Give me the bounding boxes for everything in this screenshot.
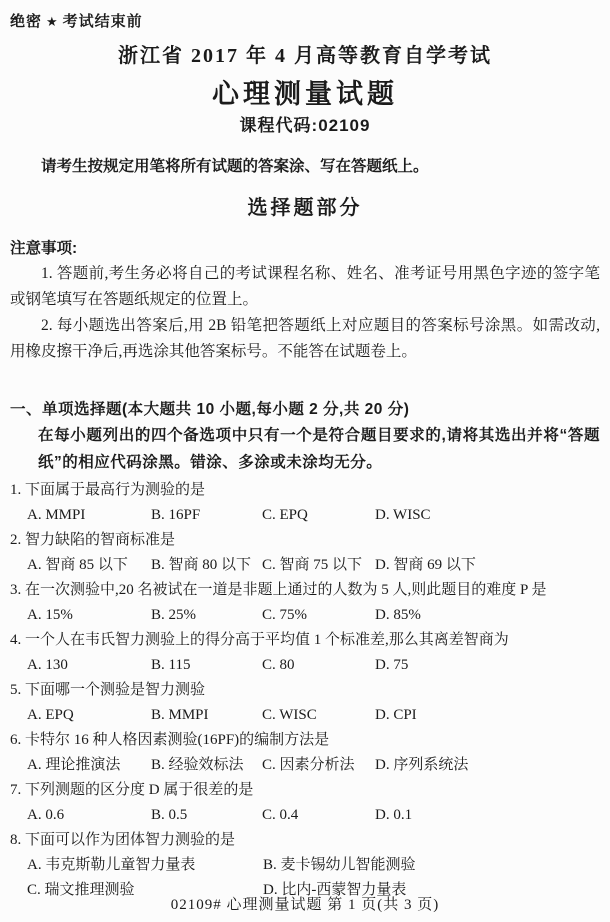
note-item-2: 2. 每小题选出答案后,用 2B 铅笔把答题纸上对应题目的答案标号涂黑。如需改动… [10, 313, 600, 365]
question: 5. 下面哪一个测验是智力测验A. EPQB. MMPIC. WISCD. CP… [10, 678, 600, 728]
section-title: 选择题部分 [10, 193, 600, 223]
option: B. 0.5 [151, 803, 262, 828]
option: A. 智商 85 以下 [27, 553, 151, 578]
option-row: A. 理论推演法B. 经验效标法C. 因素分析法D. 序列系统法 [10, 753, 600, 778]
security-header: 绝密★考试结束前 [10, 10, 600, 31]
page-footer: 02109# 心理测量试题 第 1 页(共 3 页) [0, 893, 610, 914]
option: C. 因素分析法 [262, 753, 375, 778]
note-item-1: 1. 答题前,考生务必将自己的考试课程名称、姓名、准考证号用黑色字迹的签字笔或钢… [10, 261, 600, 313]
notes-heading: 注意事项: [10, 237, 600, 261]
option: A. 15% [27, 603, 151, 628]
option: B. 115 [151, 653, 262, 678]
general-instruction: 请考生按规定用笔将所有试题的答案涂、写在答题纸上。 [10, 155, 600, 179]
option-row: A. 130B. 115C. 80D. 75 [10, 653, 600, 678]
option-row: A. EPQB. MMPIC. WISCD. CPI [10, 703, 600, 728]
option: A. 130 [27, 653, 151, 678]
option: C. 0.4 [262, 803, 375, 828]
option: C. 75% [262, 603, 375, 628]
question-text: 6. 卡特尔 16 种人格因素测验(16PF)的编制方法是 [10, 728, 600, 753]
option: D. 75 [375, 653, 600, 678]
option: B. MMPI [151, 703, 262, 728]
option: C. 80 [262, 653, 375, 678]
option: D. 智商 69 以下 [375, 553, 600, 578]
course-code: 课程代码:02109 [10, 115, 600, 137]
option: C. WISC [262, 703, 375, 728]
timing-note: 考试结束前 [63, 13, 143, 30]
question-text: 8. 下面可以作为团体智力测验的是 [10, 828, 600, 853]
question-text: 7. 下列测题的区分度 D 属于很差的是 [10, 778, 600, 803]
exam-session-title: 浙江省 2017 年 4 月高等教育自学考试 [10, 43, 600, 69]
option: D. 85% [375, 603, 600, 628]
option: B. 智商 80 以下 [151, 553, 262, 578]
questions: 1. 下面属于最高行为测验的是A. MMPIB. 16PFC. EPQD. WI… [10, 478, 600, 903]
option: D. WISC [375, 503, 600, 528]
option: D. 序列系统法 [375, 753, 600, 778]
question: 1. 下面属于最高行为测验的是A. MMPIB. 16PFC. EPQD. WI… [10, 478, 600, 528]
option: A. MMPI [27, 503, 151, 528]
option-row: A. 智商 85 以下B. 智商 80 以下C. 智商 75 以下D. 智商 6… [10, 553, 600, 578]
option: C. 智商 75 以下 [262, 553, 375, 578]
option-row: A. 0.6B. 0.5C. 0.4D. 0.1 [10, 803, 600, 828]
question: 4. 一个人在韦氏智力测验上的得分高于平均值 1 个标准差,那么其离差智商为A.… [10, 628, 600, 678]
option-row: A. 15%B. 25%C. 75%D. 85% [10, 603, 600, 628]
question-text: 5. 下面哪一个测验是智力测验 [10, 678, 600, 703]
question: 8. 下面可以作为团体智力测验的是A. 韦克斯勒儿童智力量表B. 麦卡锡幼儿智能… [10, 828, 600, 903]
option: A. EPQ [27, 703, 151, 728]
option: D. 0.1 [375, 803, 600, 828]
option: D. CPI [375, 703, 600, 728]
classification-label: 绝密 [10, 13, 42, 30]
option: B. 25% [151, 603, 262, 628]
question-text: 3. 在一次测验中,20 名被试在一道是非题上通过的人数为 5 人,则此题目的难… [10, 578, 600, 603]
star-icon: ★ [42, 14, 63, 29]
question: 3. 在一次测验中,20 名被试在一道是非题上通过的人数为 5 人,则此题目的难… [10, 578, 600, 628]
question-text: 1. 下面属于最高行为测验的是 [10, 478, 600, 503]
exam-paper-page: 绝密★考试结束前 浙江省 2017 年 4 月高等教育自学考试 心理测量试题 课… [0, 0, 610, 922]
option: B. 16PF [151, 503, 262, 528]
part1-intro: 在每小题列出的四个备选项中只有一个是符合题目要求的,请将其选出并将“答题纸”的相… [10, 422, 600, 476]
option: A. 0.6 [27, 803, 151, 828]
exam-subject-title: 心理测量试题 [10, 77, 600, 111]
question: 6. 卡特尔 16 种人格因素测验(16PF)的编制方法是A. 理论推演法B. … [10, 728, 600, 778]
part1-heading: 一、单项选择题(本大题共 10 小题,每小题 2 分,共 20 分) [10, 397, 600, 422]
option: A. 理论推演法 [27, 753, 151, 778]
option: C. EPQ [262, 503, 375, 528]
option: A. 韦克斯勒儿童智力量表 [27, 853, 263, 878]
question: 7. 下列测题的区分度 D 属于很差的是A. 0.6B. 0.5C. 0.4D.… [10, 778, 600, 828]
question-text: 2. 智力缺陷的智商标准是 [10, 528, 600, 553]
option: B. 麦卡锡幼儿智能测验 [263, 853, 600, 878]
option-row: A. MMPIB. 16PFC. EPQD. WISC [10, 503, 600, 528]
question-text: 4. 一个人在韦氏智力测验上的得分高于平均值 1 个标准差,那么其离差智商为 [10, 628, 600, 653]
question: 2. 智力缺陷的智商标准是A. 智商 85 以下B. 智商 80 以下C. 智商… [10, 528, 600, 578]
option: B. 经验效标法 [151, 753, 262, 778]
